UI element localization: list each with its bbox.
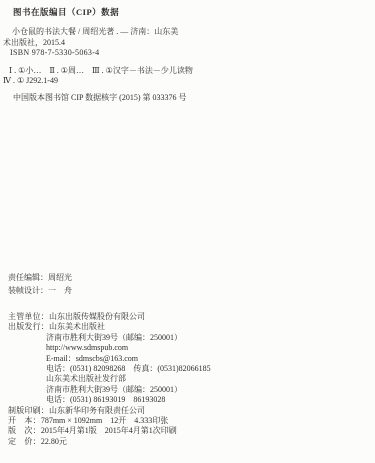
publishing-row: 主管单位：山东出版传媒股份有限公司	[8, 312, 375, 322]
cip-record-number: 中国版本图书馆 CIP 数据核字 (2015) 第 033376 号	[13, 93, 375, 104]
publishing-row-text: 山东出版传媒股份有限公司	[49, 312, 145, 321]
publishing-row-label: 出版发行：	[8, 322, 49, 331]
publishing-row-text: 山东美术出版社发行部	[46, 374, 126, 383]
binding-designer-label: 装帧设计：	[8, 286, 48, 295]
responsible-editor-value: 周绍光	[48, 273, 72, 282]
publishing-row-label: 开 本：	[8, 416, 41, 425]
publishing-row-text: 电话：(0531) 82098268 传真：(0531)82066185	[46, 364, 211, 373]
publishing-row-text: http://www.sdmspub.com	[46, 343, 128, 352]
publishing-row-text: 787mm × 1092mm 12开 4.333印张	[41, 416, 168, 425]
binding-designer-value: 一 舟	[48, 286, 72, 295]
book-copyright-page: 图书在版编目（CIP）数据 小仓鼠的书法大餐 / 周绍光著 . — 济南：山东美…	[0, 0, 375, 463]
publishing-row-label: 版 次：	[8, 426, 41, 435]
publishing-row-text: 2015年4月第1版 2015年4月第1次印刷	[41, 426, 177, 435]
publishing-row: 制版印刷：山东新华印务有限责任公司	[8, 406, 375, 416]
cip-block: 图书在版编目（CIP）数据 小仓鼠的书法大餐 / 周绍光著 . — 济南：山东美…	[0, 6, 375, 103]
publishing-row-text: E-mail：sdmscbs@163.com	[46, 354, 138, 363]
cip-title-line-2: 术出版社，2015.4	[3, 38, 375, 49]
publishing-row: E-mail：sdmscbs@163.com	[8, 354, 375, 364]
publishing-row: http://www.sdmspub.com	[8, 343, 375, 353]
publishing-row: 版 次：2015年4月第1版 2015年4月第1次印刷	[8, 426, 375, 436]
publishing-row-label: 制版印刷：	[8, 406, 49, 415]
publishing-row: 出版发行：山东美术出版社	[8, 322, 375, 332]
isbn-line: ISBN 978-7-5330-5063-4	[10, 48, 375, 59]
responsible-editor-row: 责任编辑：周绍光	[8, 271, 72, 284]
publishing-row-text: 济南市胜利大街39号（邮编：250001）	[46, 385, 182, 394]
publishing-row: 济南市胜利大街39号（邮编：250001）	[8, 385, 375, 395]
publishing-row: 济南市胜利大街39号（邮编：250001）	[8, 333, 375, 343]
cip-classification-line-1: Ⅰ . ①小… Ⅱ . ①周… Ⅲ . ①汉字－书法－少儿读物	[9, 66, 375, 77]
binding-designer-row: 装帧设计：一 舟	[8, 284, 72, 297]
publishing-row: 电话：(0531) 82098268 传真：(0531)82066185	[8, 364, 375, 374]
cip-title-line-1: 小仓鼠的书法大餐 / 周绍光著 . — 济南：山东美	[12, 27, 375, 38]
publishing-row-label: 定 价：	[8, 437, 41, 446]
credits-block: 责任编辑：周绍光 装帧设计：一 舟	[8, 271, 72, 297]
cip-classification-line-2: Ⅳ . ① J292.1-49	[3, 76, 375, 87]
publishing-row-text: 济南市胜利大街39号（邮编：250001）	[46, 333, 182, 342]
responsible-editor-label: 责任编辑：	[8, 273, 48, 282]
cip-header: 图书在版编目（CIP）数据	[13, 6, 375, 18]
publishing-row: 山东美术出版社发行部	[8, 374, 375, 384]
publishing-row-label: 主管单位：	[8, 312, 49, 321]
publishing-block: 主管单位：山东出版传媒股份有限公司 出版发行：山东美术出版社 济南市胜利大街39…	[8, 312, 375, 447]
publishing-row-text: 电话：(0531) 86193019 86193028	[46, 395, 165, 404]
publishing-row-text: 山东新华印务有限责任公司	[49, 406, 145, 415]
publishing-row: 定 价：22.80元	[8, 437, 375, 447]
publishing-row-text: 山东美术出版社	[49, 322, 105, 331]
publishing-row: 电话：(0531) 86193019 86193028	[8, 395, 375, 405]
publishing-row: 开 本：787mm × 1092mm 12开 4.333印张	[8, 416, 375, 426]
publishing-row-text: 22.80元	[41, 437, 67, 446]
